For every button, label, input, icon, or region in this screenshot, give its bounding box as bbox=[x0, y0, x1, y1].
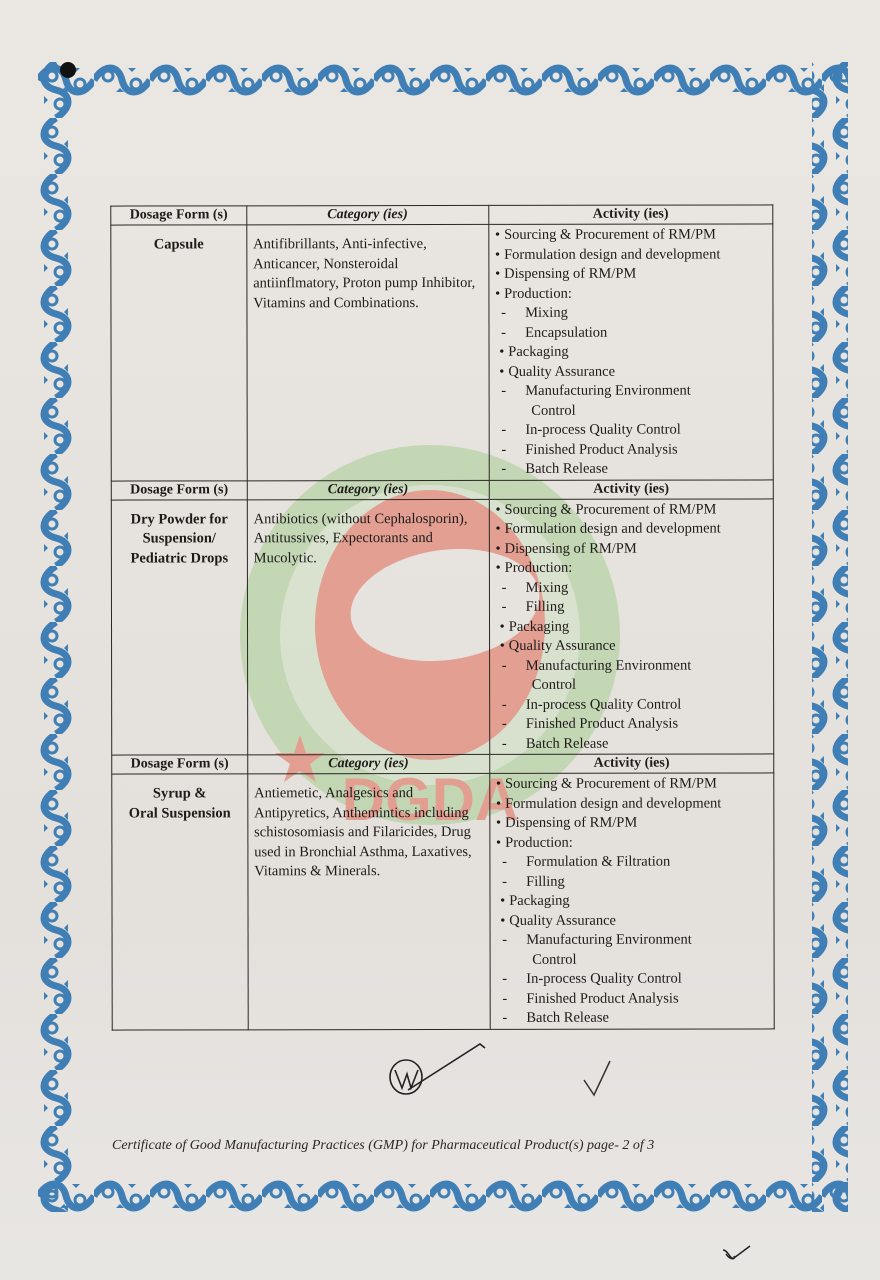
activity-item: Packaging bbox=[496, 891, 769, 911]
tick-mark-icon bbox=[720, 1242, 754, 1264]
activity-subitem: -Formulation & Filtration bbox=[496, 852, 769, 872]
dash-marker: - bbox=[501, 440, 525, 460]
dash-marker: - bbox=[502, 1009, 526, 1029]
activity-subitem: -Finished Product Analysis bbox=[496, 714, 769, 734]
activity-subitem: -Manufacturing Environment bbox=[496, 930, 769, 950]
activity-item: Production: bbox=[496, 558, 769, 578]
table-header-row: Dosage Form (s)Category (ies)Activity (i… bbox=[111, 479, 773, 499]
activity-cell: Sourcing & Procurement of RM/PMFormulati… bbox=[488, 224, 773, 480]
header-dosage-form: Dosage Form (s) bbox=[112, 755, 248, 774]
table-header-row: Dosage Form (s)Category (ies)Activity (i… bbox=[112, 754, 774, 774]
activity-subitem: -In-process Quality Control bbox=[495, 420, 768, 440]
activity-subitem: Control bbox=[496, 950, 769, 970]
document-page: DGDA Dosage Form (s)Category (ies)Activi… bbox=[0, 0, 880, 1280]
dash-marker: - bbox=[502, 853, 526, 873]
activity-list: Sourcing & Procurement of RM/PMFormulati… bbox=[495, 500, 769, 754]
dash-marker: - bbox=[501, 382, 525, 402]
activity-list: Sourcing & Procurement of RM/PMFormulati… bbox=[496, 774, 770, 1028]
header-activity: Activity (ies) bbox=[488, 205, 772, 224]
activity-item: Production: bbox=[496, 833, 769, 853]
dosage-form-cell: Capsule bbox=[111, 225, 247, 481]
activity-subitem: Control bbox=[495, 401, 768, 421]
activity-subitem: -In-process Quality Control bbox=[496, 969, 769, 989]
activity-list: Sourcing & Procurement of RM/PMFormulati… bbox=[495, 225, 769, 479]
punch-hole bbox=[60, 62, 76, 78]
header-category: Category (ies) bbox=[247, 480, 489, 499]
gmp-scope-table: Dosage Form (s)Category (ies)Activity (i… bbox=[110, 204, 774, 1030]
dash-marker: - bbox=[502, 578, 526, 598]
header-activity: Activity (ies) bbox=[489, 754, 773, 773]
dash-marker: - bbox=[502, 872, 526, 892]
dash-marker: - bbox=[502, 931, 526, 951]
header-category: Category (ies) bbox=[248, 754, 490, 773]
activity-item: Quality Assurance bbox=[496, 636, 769, 656]
activity-item: Packaging bbox=[496, 617, 769, 637]
activity-item: Formulation design and development bbox=[496, 794, 769, 814]
activity-item: Packaging bbox=[495, 342, 768, 362]
category-cell: Antiemetic, Analgesics and Antipyretics,… bbox=[248, 773, 490, 1029]
dash-marker: - bbox=[502, 715, 526, 735]
activity-subitem: -Mixing bbox=[496, 578, 769, 598]
activity-subitem: -Finished Product Analysis bbox=[496, 989, 769, 1009]
activity-subitem: -Manufacturing Environment bbox=[496, 656, 769, 676]
dosage-form-cell: Dry Powder forSuspension/Pediatric Drops bbox=[111, 499, 247, 755]
table-row: Dry Powder forSuspension/Pediatric Drops… bbox=[111, 498, 773, 755]
activity-subitem: -Manufacturing Environment bbox=[495, 381, 768, 401]
dash-marker: - bbox=[502, 970, 526, 990]
dash-marker: - bbox=[501, 304, 525, 324]
activity-cell: Sourcing & Procurement of RM/PMFormulati… bbox=[489, 773, 774, 1029]
dash-marker: - bbox=[501, 421, 525, 441]
table-row: Syrup &Oral SuspensionAntiemetic, Analge… bbox=[112, 773, 774, 1030]
dosage-form-cell: Syrup &Oral Suspension bbox=[112, 774, 248, 1030]
activity-item: Production: bbox=[495, 284, 768, 304]
activity-subitem: -In-process Quality Control bbox=[496, 695, 769, 715]
page-footer: Certificate of Good Manufacturing Practi… bbox=[112, 1138, 772, 1154]
dash-marker: - bbox=[502, 989, 526, 1009]
table-row: CapsuleAntifibrillants, Anti-infective, … bbox=[111, 224, 773, 481]
activity-subitem: -Encapsulation bbox=[495, 323, 768, 343]
activity-subitem: -Batch Release bbox=[496, 734, 769, 754]
activity-item: Dispensing of RM/PM bbox=[496, 539, 769, 559]
activity-item: Dispensing of RM/PM bbox=[495, 264, 768, 284]
activity-subitem: -Batch Release bbox=[496, 1008, 769, 1028]
activity-item: Formulation design and development bbox=[495, 519, 768, 539]
header-category: Category (ies) bbox=[247, 205, 489, 224]
dash-marker: - bbox=[501, 460, 525, 480]
activity-subitem: -Finished Product Analysis bbox=[495, 440, 768, 460]
activity-subitem: -Filling bbox=[496, 872, 769, 892]
dash-marker: - bbox=[502, 656, 526, 676]
dash-marker: - bbox=[501, 323, 525, 343]
activity-item: Quality Assurance bbox=[495, 362, 768, 382]
activity-subitem: -Mixing bbox=[495, 303, 768, 323]
activity-subitem: Control bbox=[496, 675, 769, 695]
table-header-row: Dosage Form (s)Category (ies)Activity (i… bbox=[111, 205, 773, 225]
activity-item: Dispensing of RM/PM bbox=[496, 813, 769, 833]
dash-marker: - bbox=[502, 695, 526, 715]
check-mark-icon bbox=[582, 1058, 612, 1098]
dash-marker: - bbox=[502, 734, 526, 754]
activity-item: Sourcing & Procurement of RM/PM bbox=[495, 500, 768, 520]
header-activity: Activity (ies) bbox=[489, 479, 773, 498]
category-cell: Antifibrillants, Anti-infective, Antican… bbox=[247, 224, 489, 480]
activity-item: Sourcing & Procurement of RM/PM bbox=[496, 774, 769, 794]
dash-marker: - bbox=[502, 598, 526, 618]
initials-signature-icon bbox=[380, 1030, 490, 1100]
activity-item: Quality Assurance bbox=[496, 911, 769, 931]
header-dosage-form: Dosage Form (s) bbox=[111, 206, 247, 225]
activity-item: Formulation design and development bbox=[495, 245, 768, 265]
header-dosage-form: Dosage Form (s) bbox=[111, 480, 247, 499]
activity-cell: Sourcing & Procurement of RM/PMFormulati… bbox=[489, 498, 774, 754]
activity-subitem: -Batch Release bbox=[495, 459, 768, 479]
activity-item: Sourcing & Procurement of RM/PM bbox=[495, 225, 768, 245]
activity-subitem: -Filling bbox=[496, 597, 769, 617]
category-cell: Antibiotics (without Cephalosporin), Ant… bbox=[247, 499, 489, 755]
